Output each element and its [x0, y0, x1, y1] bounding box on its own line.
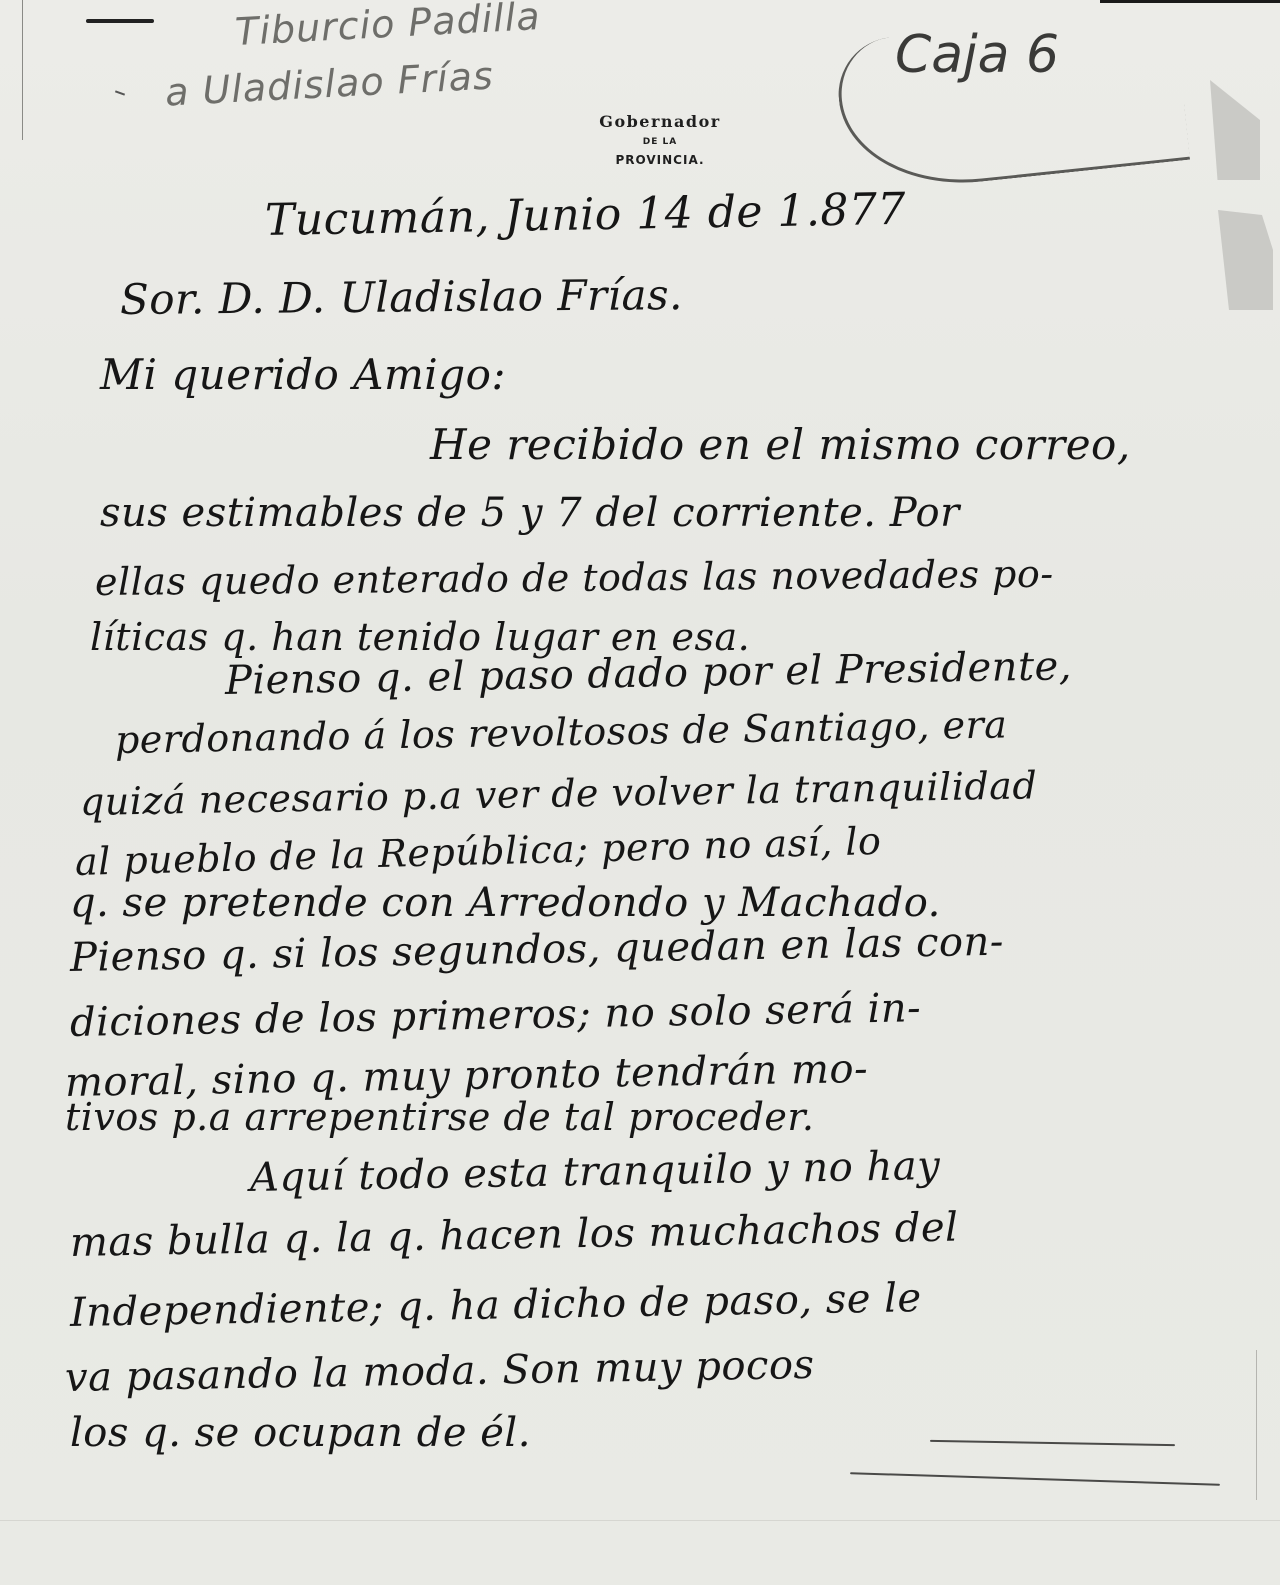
letter-line: va pasando la moda. Son muy pocos: [65, 1342, 815, 1401]
letter-line: al pueblo de la República; pero no así, …: [74, 819, 881, 884]
letter-line: Aquí todo esta tranquilo y no hay: [250, 1143, 941, 1201]
letter-line: tivos p.a arrepentirse de tal proceder.: [65, 1095, 814, 1139]
pencil-annotation-recipient: a Uladislao Frías: [164, 53, 495, 114]
paper-stain: [1210, 80, 1260, 180]
letter-page: Tiburcio Padilla a Uladislao Frías Caja …: [0, 0, 1280, 1585]
letter-line: Pienso q. si los segundos, quedan en las…: [70, 919, 1005, 981]
letter-line: q. se pretende con Arredondo y Machado.: [70, 880, 941, 926]
letter-line: Independiente; q. ha dicho de paso, se l…: [70, 1275, 922, 1336]
page-fold-line: [0, 1520, 1280, 1521]
letter-line: los q. se ocupan de él.: [70, 1410, 531, 1456]
salutation: Mi querido Amigo:: [100, 350, 506, 399]
addressee: Sor. D. D. Uladislao Frías.: [120, 270, 683, 324]
closing-flourish-line: [930, 1440, 1175, 1446]
pencil-annotation-sender: Tiburcio Padilla: [234, 0, 542, 54]
paper-stain: [1218, 210, 1273, 310]
page-fold-line: [22, 0, 23, 140]
pencil-tick-mark: [115, 90, 125, 95]
letterhead: Gobernador DE LA PROVINCIA.: [590, 112, 730, 167]
letter-line: diciones de los primeros; no solo será i…: [70, 985, 922, 1046]
ink-dash-mark: [86, 19, 154, 23]
letter-line: quizá necesario p.a ver de volver la tra…: [80, 763, 1038, 824]
letterhead-sub: DE LA: [590, 137, 730, 147]
letter-line: ellas quedo enterado de todas las noveda…: [95, 552, 1054, 604]
letter-line: He recibido en el mismo correo,: [430, 420, 1131, 469]
letter-line: mas bulla q. la q. hacen los muchachos d…: [70, 1204, 959, 1265]
letterhead-title: Gobernador: [590, 112, 730, 131]
page-fold-line: [1256, 1350, 1257, 1500]
dateline: Tucumán, Junio 14 de 1.877: [265, 184, 907, 246]
closing-flourish-line: [850, 1472, 1220, 1486]
page-edge: [1100, 0, 1280, 3]
letterhead-province: PROVINCIA.: [590, 153, 730, 167]
letter-line: sus estimables de 5 y 7 del corriente. P…: [100, 490, 960, 536]
archive-box-label: Caja 6: [895, 25, 1059, 85]
letter-line: perdonando á los revoltosos de Santiago,…: [115, 702, 1008, 762]
